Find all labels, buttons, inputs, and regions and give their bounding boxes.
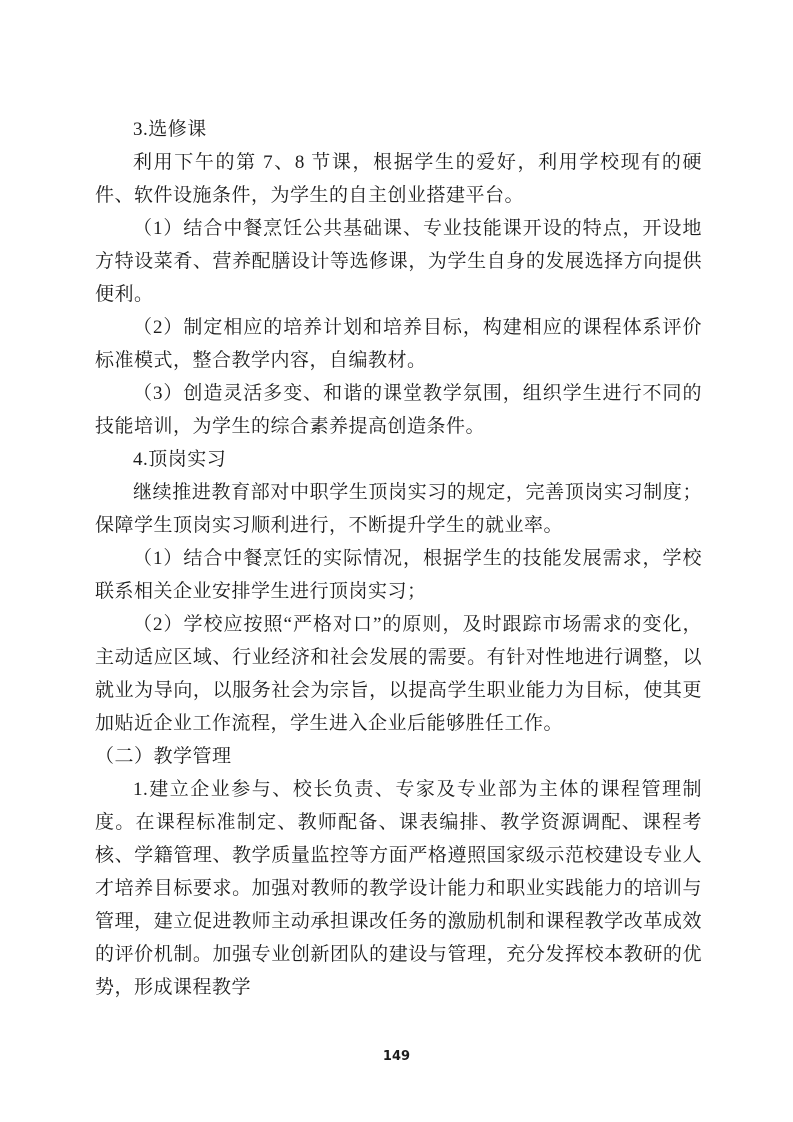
paragraph-internship-item-1: （1）结合中餐烹饪的实际情况，根据学生的技能发展需求，学校联系相关企业安排学生进… bbox=[95, 542, 702, 608]
document-page: 3.选修课 利用下午的第 7、8 节课，根据学生的爱好，利用学校现有的硬件、软件… bbox=[0, 0, 793, 1122]
heading-electives: 3.选修课 bbox=[95, 113, 702, 146]
heading-internship: 4.顶岗实习 bbox=[95, 443, 702, 476]
document-body: 3.选修课 利用下午的第 7、8 节课，根据学生的爱好，利用学校现有的硬件、软件… bbox=[95, 113, 702, 1004]
paragraph-internship-item-2: （2）学校应按照“严格对口”的原则，及时跟踪市场需求的变化，主动适应区域、行业经… bbox=[95, 608, 702, 740]
paragraph-internship-intro: 继续推进教育部对中职学生顶岗实习的规定，完善顶岗实习制度；保障学生顶岗实习顺利进… bbox=[95, 476, 702, 542]
paragraph-teaching-management-1: 1.建立企业参与、校长负责、专家及专业部为主体的课程管理制度。在课程标准制定、教… bbox=[95, 773, 702, 1004]
paragraph-electives-item-3: （3）创造灵活多变、和谐的课堂教学氛围，组织学生进行不同的技能培训，为学生的综合… bbox=[95, 377, 702, 443]
paragraph-electives-intro: 利用下午的第 7、8 节课，根据学生的爱好，利用学校现有的硬件、软件设施条件，为… bbox=[95, 146, 702, 212]
heading-teaching-management: （二）教学管理 bbox=[95, 740, 702, 773]
page-number: 149 bbox=[0, 1049, 793, 1064]
paragraph-electives-item-1: （1）结合中餐烹饪公共基础课、专业技能课开设的特点，开设地方特设菜肴、营养配膳设… bbox=[95, 212, 702, 311]
paragraph-electives-item-2: （2）制定相应的培养计划和培养目标，构建相应的课程体系评价标准模式，整合教学内容… bbox=[95, 311, 702, 377]
